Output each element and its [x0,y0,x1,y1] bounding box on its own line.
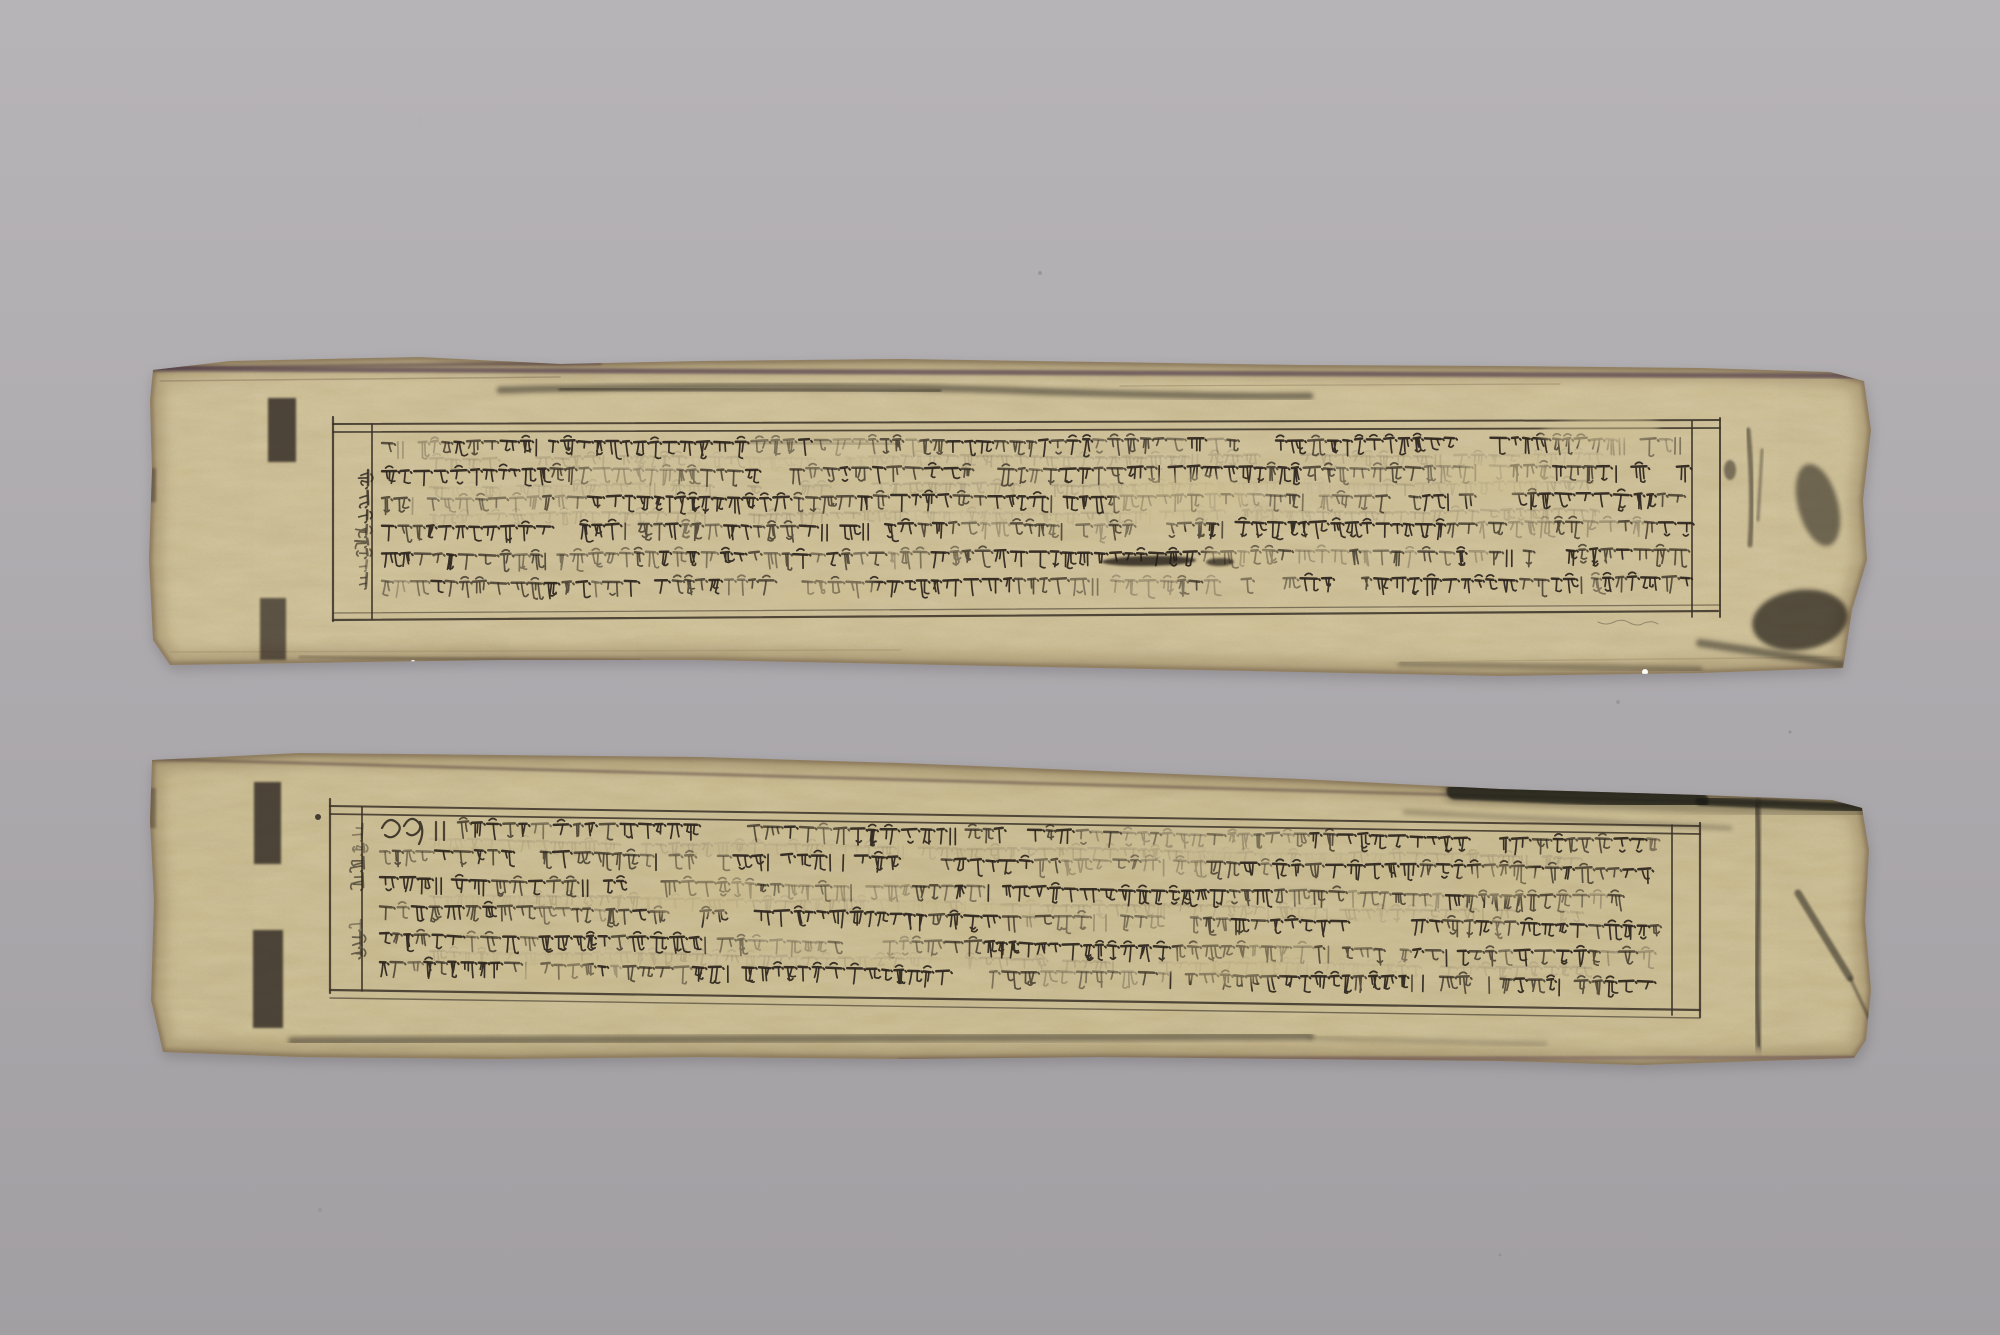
photo-stage: དྲུང་ན་གནས་པ་གང་ཡིན། འཚོ་བྱེད་ཀྱིས་ཡར་རྡ… [0,0,2000,1335]
dust-speck [1499,1254,1502,1257]
manuscript-photograph [0,0,2000,1335]
dust-speck [318,1208,322,1212]
dust-speck [1789,731,1792,734]
dust-speck [1616,700,1620,704]
dust-speck [419,119,422,122]
dust-speck [1038,271,1042,275]
